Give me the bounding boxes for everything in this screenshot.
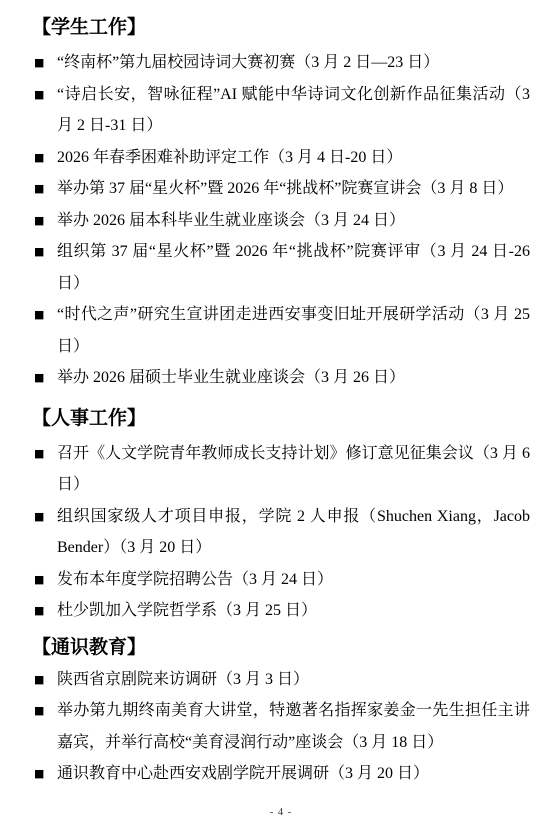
page-footer: - 4 - [32, 806, 530, 819]
page-number: - 4 - [270, 807, 293, 818]
list-item: ■ 陕西省京剧院来访调研（3 月 3 日） [34, 664, 530, 696]
list-item: ■ 通识教育中心赴西安戏剧学院开展调研（3 月 20 日） [34, 758, 530, 790]
item-text: 组织第 37 届“星火杯”暨 2026 年“挑战杯”院赛评审（3 月 24 日-… [57, 236, 530, 299]
item-text: 通识教育中心赴西安戏剧学院开展调研（3 月 20 日） [57, 758, 530, 790]
section-heading-personnel-work: 【人事工作】 [32, 407, 530, 431]
list-item: ■ 发布本年度学院招聘公告（3 月 24 日） [34, 564, 530, 596]
list-item: ■ 杜少凯加入学院哲学系（3 月 25 日） [34, 595, 530, 627]
list-item: ■ 组织第 37 届“星火杯”暨 2026 年“挑战杯”院赛评审（3 月 24 … [34, 236, 530, 299]
list-item: ■ 举办 2026 届硕士毕业生就业座谈会（3 月 26 日） [34, 362, 530, 394]
list-item: ■ “诗启长安，智咏征程”AI 赋能中华诗词文化创新作品征集活动（3 月 2 日… [34, 79, 530, 142]
section-personnel-work: 【人事工作】 ■ 召开《人文学院青年教师成长支持计划》修订意见征集会议（3 月 … [32, 407, 530, 627]
list-item: ■ “时代之声”研究生宣讲团走进西安事变旧址开展研学活动（3 月 25 日） [34, 299, 530, 362]
square-bullet-icon: ■ [34, 205, 57, 237]
item-text: “诗启长安，智咏征程”AI 赋能中华诗词文化创新作品征集活动（3 月 2 日-3… [57, 79, 530, 142]
item-text: 杜少凯加入学院哲学系（3 月 25 日） [57, 595, 530, 627]
list-item: ■ 2026 年春季困难补助评定工作（3 月 4 日-20 日） [34, 142, 530, 174]
document-page: 【学生工作】 ■ “终南杯”第九届校园诗词大赛初赛（3 月 2 日—23 日） … [0, 0, 560, 839]
item-text: 举办第九期终南美育大讲堂，特邀著名指挥家姜金一先生担任主讲嘉宾，并举行高校“美育… [57, 695, 530, 758]
item-text: 陕西省京剧院来访调研（3 月 3 日） [57, 664, 530, 696]
square-bullet-icon: ■ [34, 299, 57, 362]
list-item: ■ 举办第 37 届“星火杯”暨 2026 年“挑战杯”院赛宣讲会（3 月 8 … [34, 173, 530, 205]
section-student-work: 【学生工作】 ■ “终南杯”第九届校园诗词大赛初赛（3 月 2 日—23 日） … [32, 16, 530, 394]
item-text: 举办 2026 届本科毕业生就业座谈会（3 月 24 日） [57, 205, 530, 237]
list-item: ■ 举办第九期终南美育大讲堂，特邀著名指挥家姜金一先生担任主讲嘉宾，并举行高校“… [34, 695, 530, 758]
personnel-work-list: ■ 召开《人文学院青年教师成长支持计划》修订意见征集会议（3 月 6 日） ■ … [32, 438, 530, 627]
square-bullet-icon: ■ [34, 758, 57, 790]
general-education-list: ■ 陕西省京剧院来访调研（3 月 3 日） ■ 举办第九期终南美育大讲堂，特邀著… [32, 664, 530, 790]
list-item: ■ 组织国家级人才项目申报，学院 2 人申报（Shuchen Xiang，Jac… [34, 501, 530, 564]
item-text: 举办第 37 届“星火杯”暨 2026 年“挑战杯”院赛宣讲会（3 月 8 日） [57, 173, 530, 205]
student-work-list: ■ “终南杯”第九届校园诗词大赛初赛（3 月 2 日—23 日） ■ “诗启长安… [32, 47, 530, 394]
list-item: ■ 举办 2026 届本科毕业生就业座谈会（3 月 24 日） [34, 205, 530, 237]
square-bullet-icon: ■ [34, 47, 57, 79]
item-text: 发布本年度学院招聘公告（3 月 24 日） [57, 564, 530, 596]
item-text: “时代之声”研究生宣讲团走进西安事变旧址开展研学活动（3 月 25 日） [57, 299, 530, 362]
square-bullet-icon: ■ [34, 79, 57, 142]
list-item: ■ 召开《人文学院青年教师成长支持计划》修订意见征集会议（3 月 6 日） [34, 438, 530, 501]
list-item: ■ “终南杯”第九届校园诗词大赛初赛（3 月 2 日—23 日） [34, 47, 530, 79]
section-general-education: 【通识教育】 ■ 陕西省京剧院来访调研（3 月 3 日） ■ 举办第九期终南美育… [32, 636, 530, 790]
item-text: 举办 2026 届硕士毕业生就业座谈会（3 月 26 日） [57, 362, 530, 394]
square-bullet-icon: ■ [34, 438, 57, 501]
square-bullet-icon: ■ [34, 664, 57, 696]
square-bullet-icon: ■ [34, 142, 57, 174]
square-bullet-icon: ■ [34, 695, 57, 758]
square-bullet-icon: ■ [34, 595, 57, 627]
square-bullet-icon: ■ [34, 501, 57, 564]
item-text: 2026 年春季困难补助评定工作（3 月 4 日-20 日） [57, 142, 530, 174]
item-text: 组织国家级人才项目申报，学院 2 人申报（Shuchen Xiang，Jacob… [57, 501, 530, 564]
square-bullet-icon: ■ [34, 362, 57, 394]
square-bullet-icon: ■ [34, 564, 57, 596]
section-heading-student-work: 【学生工作】 [32, 16, 530, 40]
item-text: “终南杯”第九届校园诗词大赛初赛（3 月 2 日—23 日） [57, 47, 530, 79]
section-heading-general-education: 【通识教育】 [32, 636, 530, 660]
square-bullet-icon: ■ [34, 236, 57, 299]
square-bullet-icon: ■ [34, 173, 57, 205]
item-text: 召开《人文学院青年教师成长支持计划》修订意见征集会议（3 月 6 日） [57, 438, 530, 501]
